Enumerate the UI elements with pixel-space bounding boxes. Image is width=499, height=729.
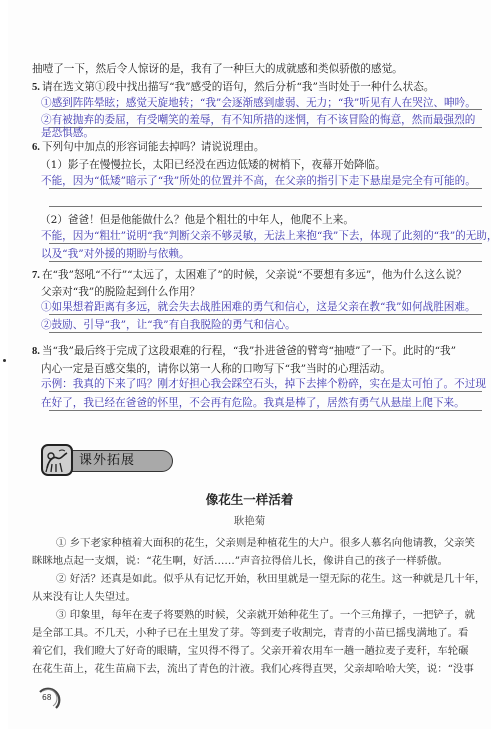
page-number-badge: 68: [38, 686, 62, 710]
question-6: 6.下列句中加点的形容词能去掉吗？请说说理由。: [32, 140, 264, 155]
answer-line: 不能，因为“粗壮”说明“我”判断父亲不够灵敏，无法上来抱“我”下去，体现了此刻的…: [41, 229, 497, 243]
question-number: 5.: [32, 82, 40, 93]
answer-line: 示例：我真的下来了吗？刚才好担心我会踩空石头，掉下去摔个粉碎，实在是太可怕了。不…: [41, 377, 486, 391]
answer-rule: [49, 332, 482, 333]
answer-rule: [49, 206, 482, 207]
answer-line: ①如果想着距离有多远，就会失去战胜困难的勇气和信心，这是父亲在教“我”如何战胜困…: [41, 300, 476, 314]
question-prompt: 当“我”最后终于完成了这段艰难的行程，“我”扑进爸爸的臂弯“抽噎”了一下。此时的…: [42, 345, 456, 357]
answer-line: ②鼓励、引导“我”，让“我”有自我脱险的勇气和信心。: [41, 318, 296, 332]
question-number: 8.: [32, 346, 40, 357]
answer-rule: [49, 391, 482, 392]
answer-rule: [49, 243, 482, 244]
article-title: 像花生一样活着: [8, 490, 491, 508]
question-prompt: 父亲对“我”的脱险起到什么作用？: [41, 285, 200, 299]
article-line: ② 好活？还真是如此。似乎从有记忆开始，秋田里就是一望无际的花生。这一种就是几十…: [56, 572, 485, 586]
article-line: 着它们，我们瞪大了好奇的眼睛，宝贝得不得了。父亲开着农用车一趟一趟拉麦子麦秆，车…: [32, 644, 468, 658]
answer-rule: [49, 109, 482, 110]
answer-line: 是恐惧感。: [41, 126, 94, 140]
answer-rule: [49, 127, 482, 128]
question-8: 8.当“我”最后终于完成了这段艰难的行程，“我”扑进爸爸的臂弯“抽噎”了一下。此…: [32, 344, 456, 359]
workbook-page: 抽噎了一下，然后令人惊讶的是，我有了一种巨大的成就感和类似骄傲的感觉。 5.请在…: [8, 0, 491, 729]
article-line: ③ 印象里，每年在麦子将要熟的时候，父亲就开始种花生了。一个三角撑子，一把铲子，…: [56, 608, 475, 622]
top-fragment: 抽噎了一下，然后令人惊讶的是，我有了一种巨大的成就感和类似骄傲的感觉。: [32, 62, 403, 76]
section-header: 课外拓展: [41, 444, 146, 478]
question-prompt: 请在选文第①段中找出描写“我”感受的语句，然后分析“我”当时处于一种什么状态。: [42, 81, 434, 93]
question-number: 6.: [32, 142, 40, 153]
answer-rule: [49, 188, 482, 189]
answer-rule: [49, 261, 482, 262]
answer-rule: [49, 314, 482, 315]
answer-line: 不能，因为“低矮”暗示了“我”所处的位置并不高，在父亲的指引下走下悬崖是完全有可…: [41, 174, 476, 188]
answer-rule: [49, 410, 482, 411]
section-label: 课外拓展: [69, 450, 173, 472]
question-prompt: 在“我”怒吼“不行”“太远了，太困难了”的时候，父亲说“不要想有多远”，他为什么…: [42, 269, 467, 281]
sub-question-2: （2）爸爸！但是他能做什么？他是个粗壮的中年人，他爬不上来。: [40, 213, 354, 227]
article-line: 从来没有让人失望过。: [32, 590, 136, 604]
margin-dot: [3, 359, 6, 362]
question-5: 5.请在选文第①段中找出描写“我”感受的语句，然后分析“我”当时处于一种什么状态…: [32, 80, 434, 95]
sub-question-1: （1）影子在慢慢拉长，太阳已经没在西边低矮的树梢下，夜幕开始降临。: [40, 158, 386, 172]
article-line: 在花生苗上，花生苗扁下去，流出了青色的汁液。我们心疼得直哭，父亲却哈哈大笑，说：…: [32, 662, 474, 676]
article-author: 耿艳菊: [8, 513, 491, 528]
page-number: 68: [42, 693, 52, 702]
question-prompt: 下列句中加点的形容词能去掉吗？请说说理由。: [42, 141, 264, 153]
article-line: 是全部工具。不几天，小种子已在土里发了芽。等到麦子收割完，青青的小苗已摇曳满地了…: [32, 626, 468, 640]
answer-line: ②有被抛弃的委屈，有受嘲笑的羞辱，有不知所措的迷惘，有不该冒险的悔意，然而最强烈…: [41, 113, 475, 127]
answer-line: 以及“我”对外援的期盼与依赖。: [41, 247, 190, 261]
monkey-badge-icon: [41, 444, 73, 476]
question-prompt: 内心一定是百感交集的，请你以第一人称的口吻写下“我”当时的心理活动。: [41, 362, 391, 376]
answer-line: 在好了，我已经在爸爸的怀里，不会再有危险。我真是棒了，居然有勇气从悬崖上爬下来。: [41, 396, 465, 410]
question-7: 7.在“我”怒吼“不行”“太远了，太困难了”的时候，父亲说“不要想有多远”，他为…: [32, 268, 467, 283]
article-line: ① 乡下老家种植着大面积的花生，父亲则是种植花生的大户。很多人慕名向他请教，父亲…: [56, 536, 475, 550]
answer-line: ①感到阵阵晕眩；感觉天旋地转；“我”会逐渐感到虚弱、无力；“我”听见有人在哭泣、…: [41, 96, 476, 110]
question-number: 7.: [32, 270, 40, 281]
article-line: 眯眯地点起一支烟，说：“花生啊，好活……”声音拉得倍儿长，像讲自己的孩子一样骄傲…: [32, 554, 448, 568]
